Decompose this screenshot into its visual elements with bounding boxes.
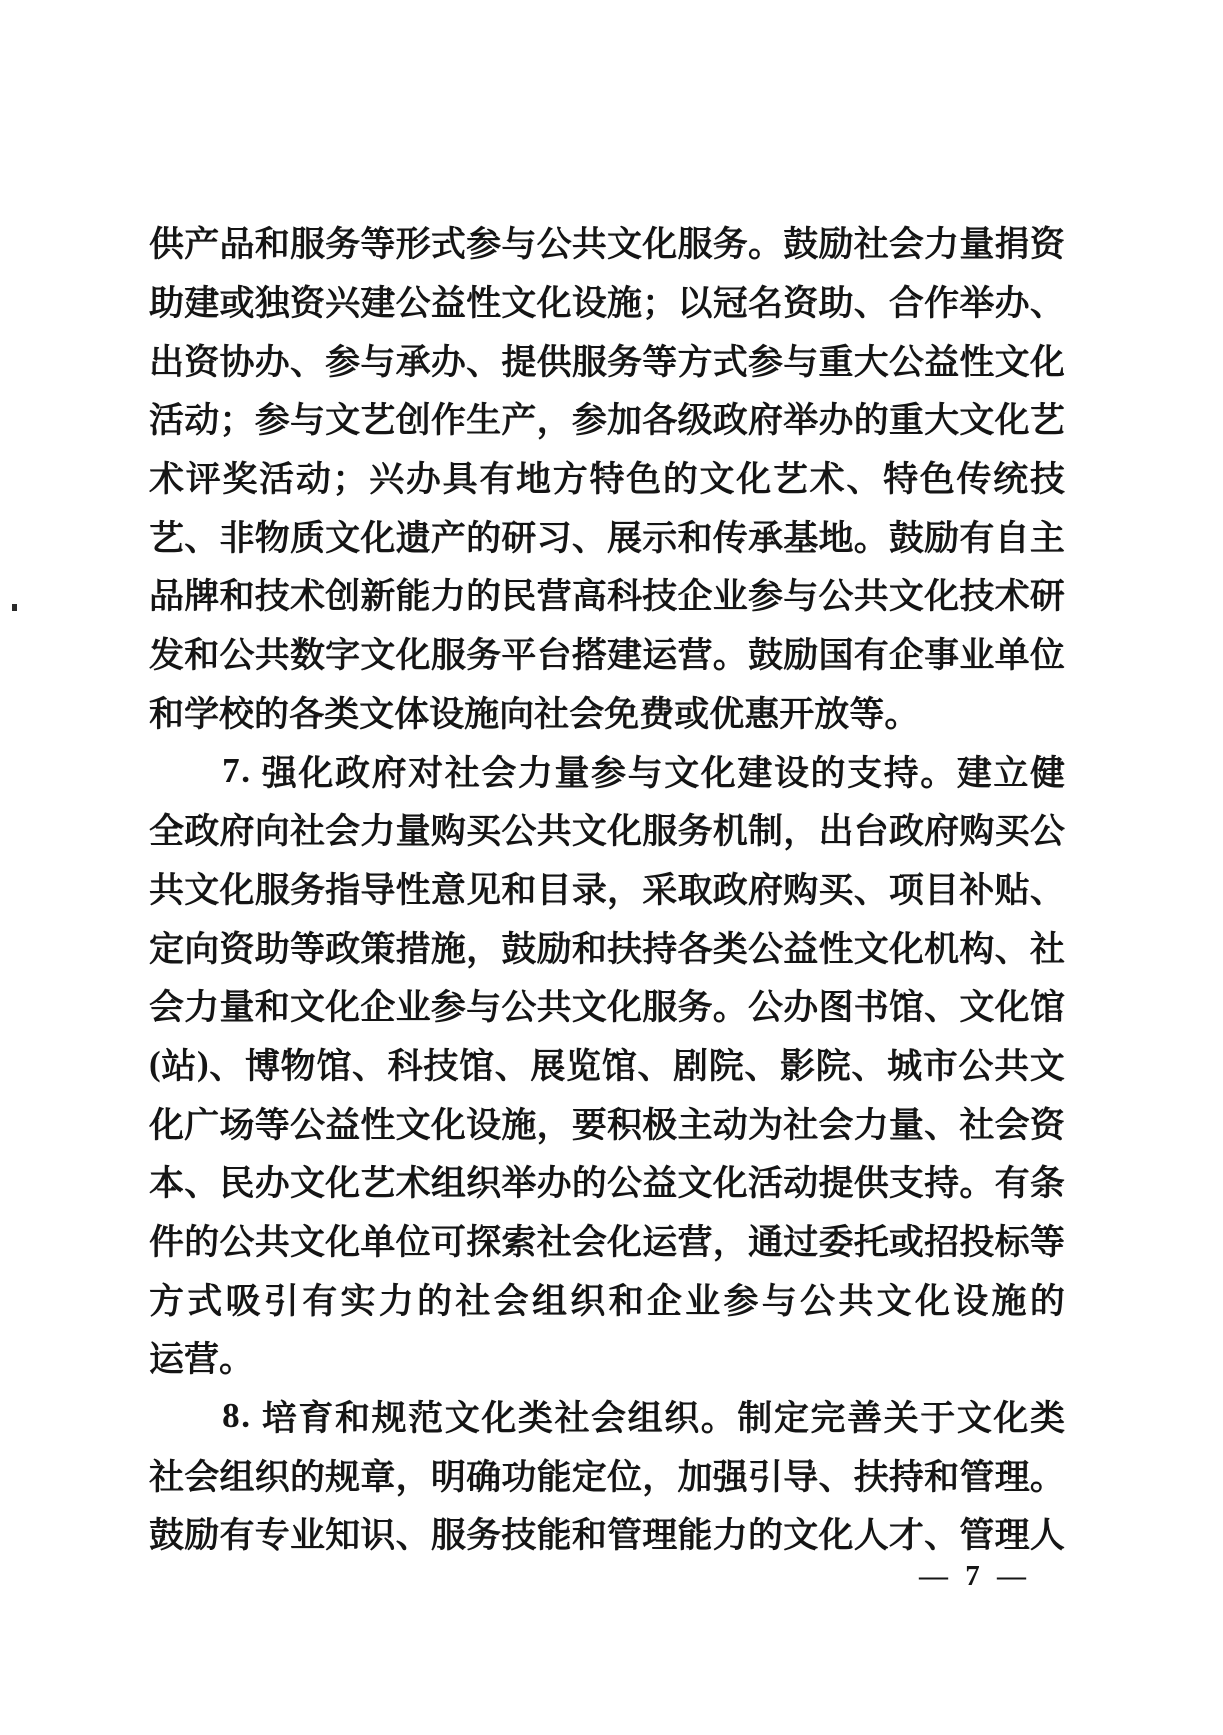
text-line: 全政府向社会力量购买公共文化服务机制，出台政府购买公: [149, 800, 1065, 859]
page-number: — 7 —: [919, 1560, 1031, 1593]
text-line: 件的公共文化单位可探索社会化运营，通过委托或招投标等: [149, 1211, 1065, 1270]
text-line: 助建或独资兴建公益性文化设施；以冠名资助、合作举办、: [149, 272, 1065, 331]
text-line: 运营。: [149, 1328, 1065, 1387]
text-line: 社会组织的规章，明确功能定位，加强引导、扶持和管理。: [149, 1445, 1065, 1504]
text-line: 活动；参与文艺创作生产，参加各级政府举办的重大文化艺: [149, 389, 1065, 448]
text-line: 方式吸引有实力的社会组织和企业参与公共文化设施的: [149, 1269, 1065, 1328]
text-line: 发和公共数字文化服务平台搭建运营。鼓励国有企事业单位: [149, 624, 1065, 683]
text-line: 鼓励有专业知识、服务技能和管理能力的文化人才、管理人: [149, 1504, 1065, 1563]
text-line: 7. 强化政府对社会力量参与文化建设的支持。建立健: [149, 741, 1065, 800]
text-line: 术评奖活动；兴办具有地方特色的文化艺术、特色传统技: [149, 448, 1065, 507]
text-line: 定向资助等政策措施，鼓励和扶持各类公益性文化机构、社: [149, 917, 1065, 976]
text-line: 出资协办、参与承办、提供服务等方式参与重大公益性文化: [149, 330, 1065, 389]
text-line: 8. 培育和规范文化类社会组织。制定完善关于文化类: [149, 1387, 1065, 1446]
text-line: 品牌和技术创新能力的民营高科技企业参与公共文化技术研: [149, 565, 1065, 624]
text-line: 艺、非物质文化遗产的研习、展示和传承基地。鼓励有自主: [149, 506, 1065, 565]
scan-speck: [12, 604, 17, 611]
text-line: 共文化服务指导性意见和目录，采取政府购买、项目补贴、: [149, 859, 1065, 918]
text-line: (站)、博物馆、科技馆、展览馆、剧院、影院、城市公共文: [149, 1035, 1065, 1094]
text-line: 会力量和文化企业参与公共文化服务。公办图书馆、文化馆: [149, 976, 1065, 1035]
text-line: 本、民办文化艺术组织举办的公益文化活动提供支持。有条: [149, 1152, 1065, 1211]
body-text: 供产品和服务等形式参与公共文化服务。鼓励社会力量捐资助建或独资兴建公益性文化设施…: [149, 213, 1065, 1563]
text-line: 化广场等公益性文化设施，要积极主动为社会力量、社会资: [149, 1093, 1065, 1152]
text-line: 和学校的各类文体设施向社会免费或优惠开放等。: [149, 683, 1065, 742]
document-page: 供产品和服务等形式参与公共文化服务。鼓励社会力量捐资助建或独资兴建公益性文化设施…: [0, 0, 1223, 1735]
text-line: 供产品和服务等形式参与公共文化服务。鼓励社会力量捐资: [149, 213, 1065, 272]
